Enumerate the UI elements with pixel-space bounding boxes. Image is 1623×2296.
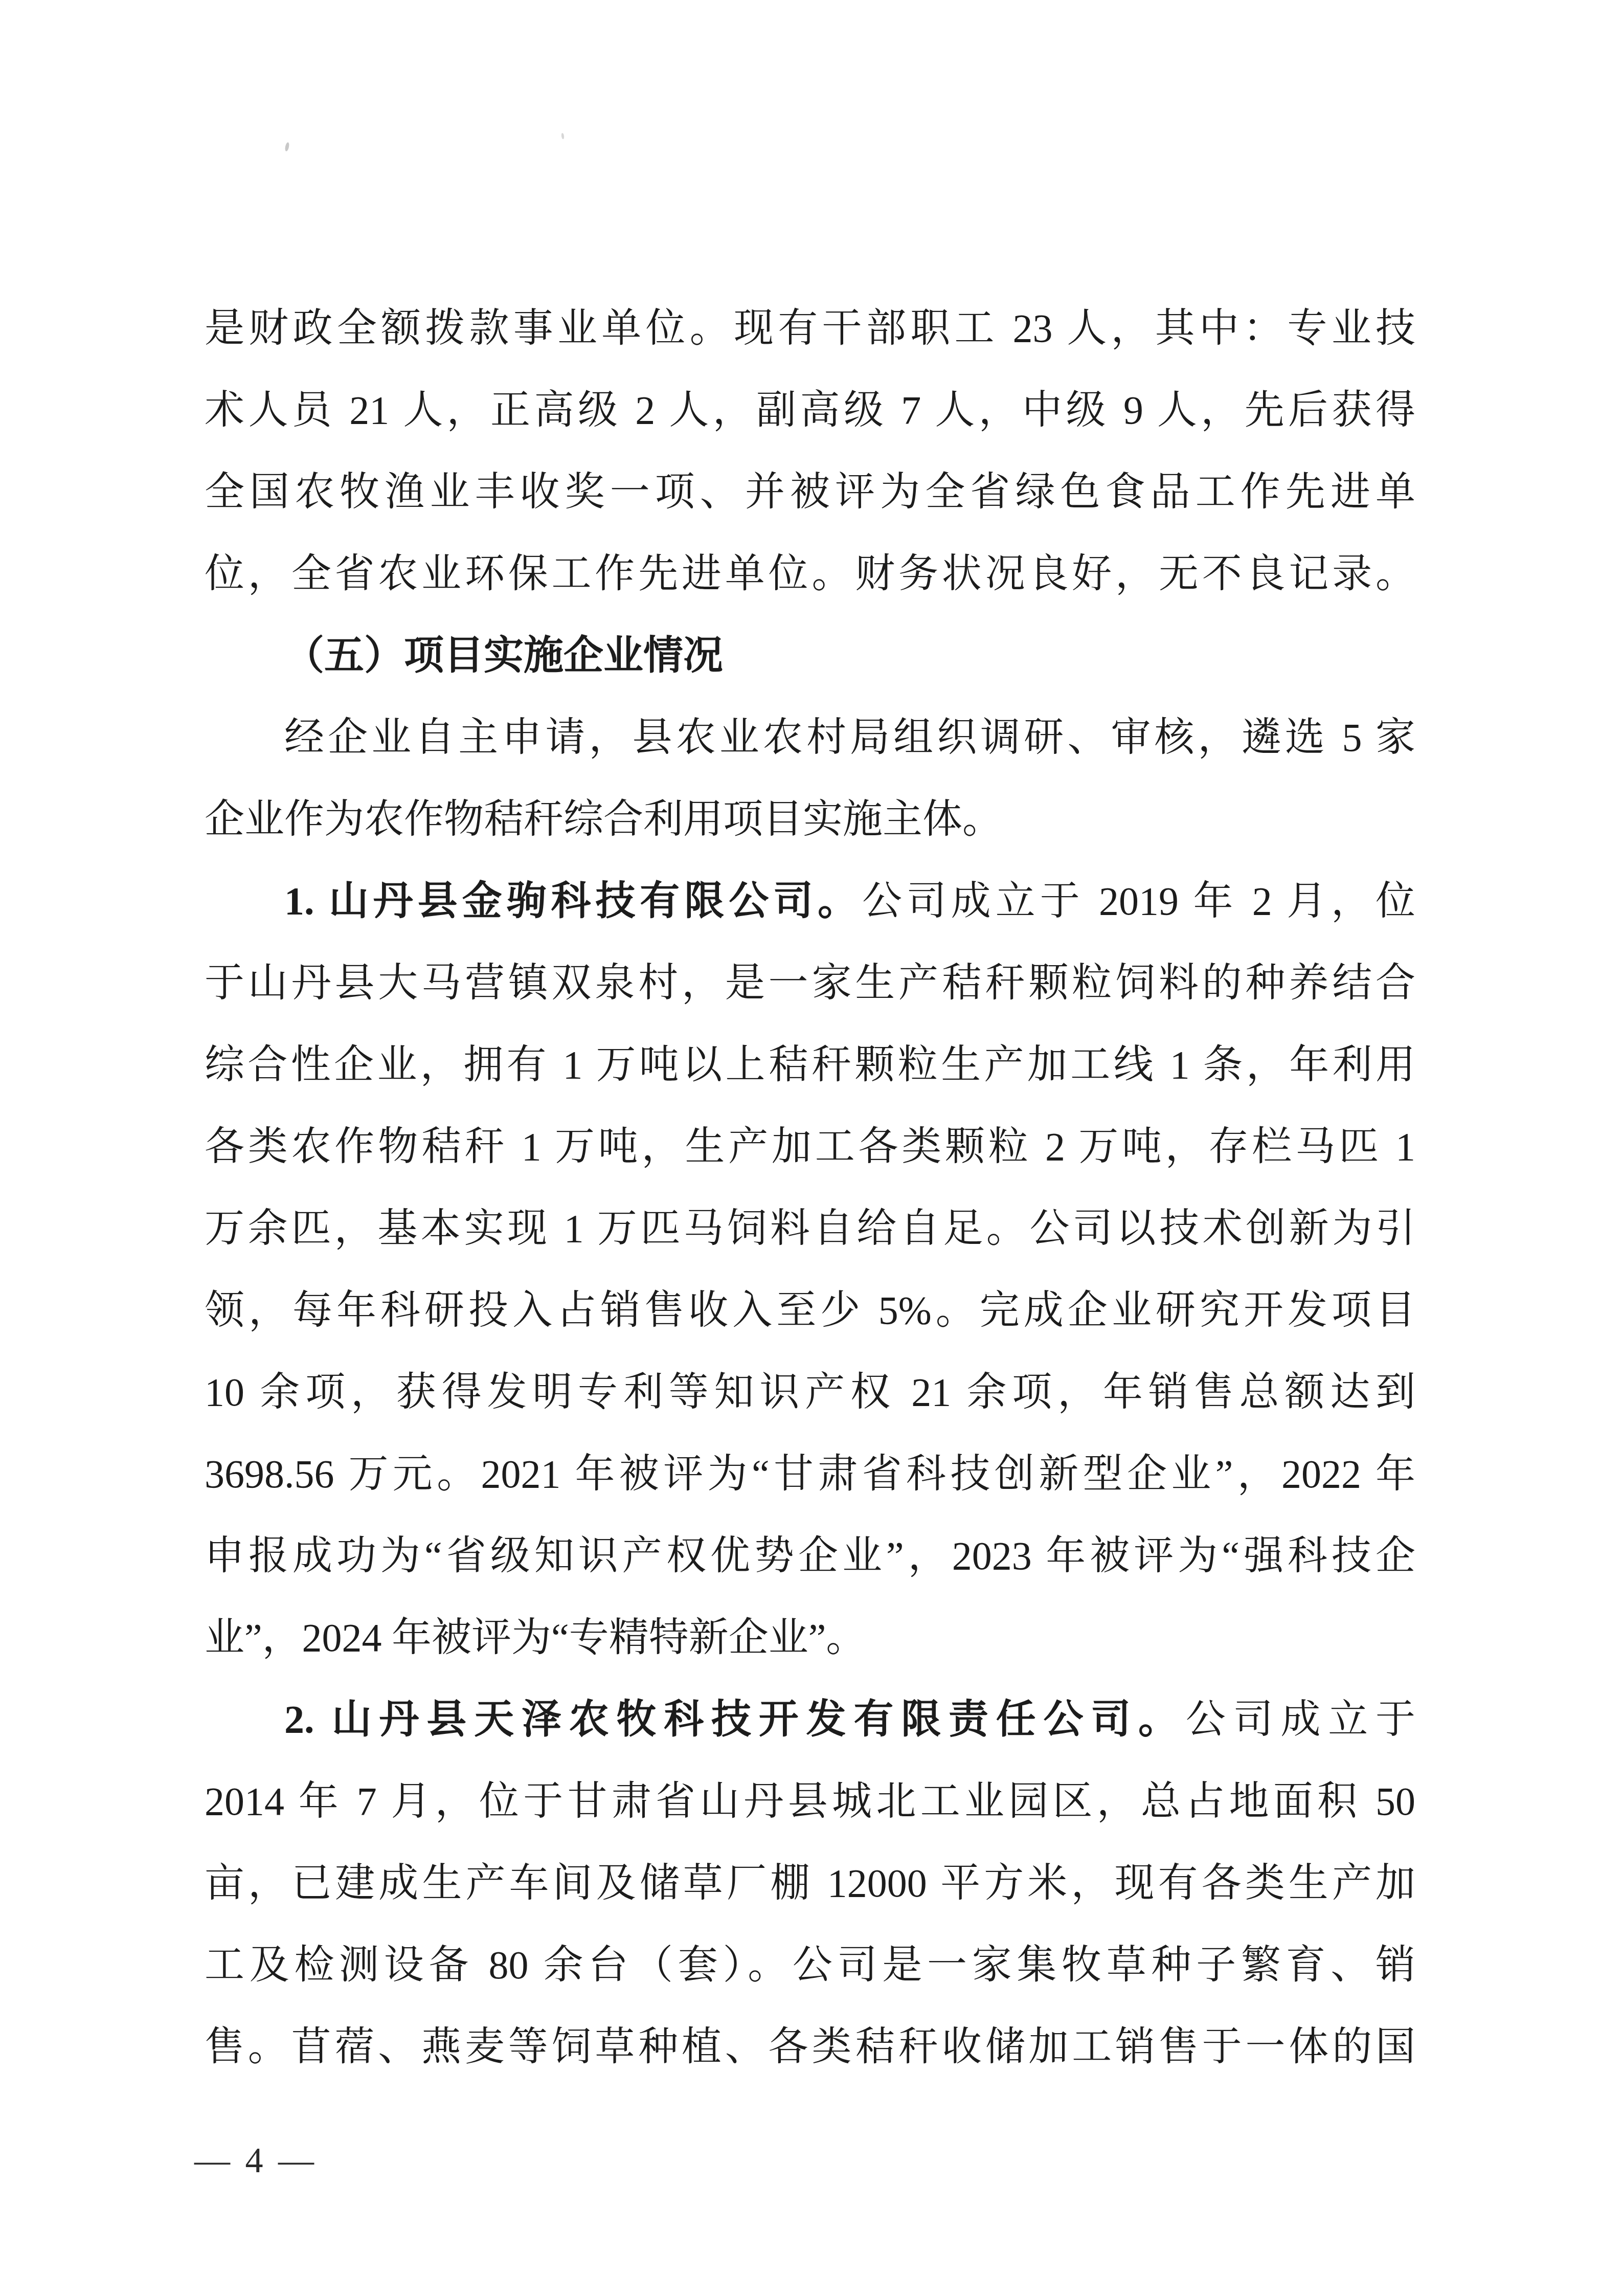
section-heading: （五）项目实施企业情况 — [205, 615, 1415, 697]
text-line: 申报成功为“省级知识产权优势企业”，2023 年被评为“强科技企 — [205, 1515, 1415, 1597]
scan-artifact — [284, 142, 290, 151]
text-line: 万余匹，基本实现 1 万匹马饲料自给自足。公司以技术创新为引 — [205, 1188, 1415, 1269]
text-line: 术人员 21 人，正高级 2 人，副高级 7 人，中级 9 人，先后获得 — [205, 369, 1415, 451]
line-text: 公司成立于 2019 年 2 月，位 — [862, 879, 1415, 923]
document-page: 是财政全额拨款事业单位。现有干部职工 23 人，其中：专业技 术人员 21 人，… — [0, 0, 1623, 2296]
company-name-bold: 2. 山丹县天泽农牧科技开发有限责任公司。 — [284, 1697, 1186, 1742]
text-line: 于山丹县大马营镇双泉村，是一家生产秸秆颗粒饲料的种养结合 — [205, 942, 1415, 1024]
text-line: 2014 年 7 月，位于甘肃省山丹县城北工业园区，总占地面积 50 — [205, 1760, 1415, 1842]
text-line: 经企业自主申请，县农业农村局组织调研、审核，遴选 5 家 — [205, 697, 1415, 778]
line-text: 公司成立于 — [1186, 1697, 1415, 1742]
text-line: 是财政全额拨款事业单位。现有干部职工 23 人，其中：专业技 — [205, 287, 1415, 369]
document-body: 是财政全额拨款事业单位。现有干部职工 23 人，其中：专业技 术人员 21 人，… — [205, 287, 1415, 2088]
text-line: 企业作为农作物秸秆综合利用项目实施主体。 — [205, 778, 1415, 860]
text-line: 各类农作物秸秆 1 万吨，生产加工各类颗粒 2 万吨，存栏马匹 1 — [205, 1106, 1415, 1188]
text-line: 10 余项，获得发明专利等知识产权 21 余项，年销售总额达到 — [205, 1351, 1415, 1433]
text-line: 工及检测设备 80 余台（套）。公司是一家集牧草种子繁育、销 — [205, 1924, 1415, 2006]
text-line: 3698.56 万元。2021 年被评为“甘肃省科技创新型企业”，2022 年 — [205, 1433, 1415, 1515]
company-name-bold: 1. 山丹县金驹科技有限公司。 — [284, 879, 862, 923]
text-line: 业”，2024 年被评为“专精特新企业”。 — [205, 1597, 1415, 1679]
text-line: 位，全省农业环保工作先进单位。财务状况良好，无不良记录。 — [205, 533, 1415, 615]
page-number: — 4 — — [194, 2138, 317, 2184]
text-line: 领，每年科研投入占销售收入至少 5%。完成企业研究开发项目 — [205, 1269, 1415, 1351]
text-line: 售。苜蓿、燕麦等饲草种植、各类秸秆收储加工销售于一体的国 — [205, 2006, 1415, 2088]
text-line: 亩，已建成生产车间及储草厂棚 12000 平方米，现有各类生产加 — [205, 1842, 1415, 1924]
text-line: 2. 山丹县天泽农牧科技开发有限责任公司。公司成立于 — [205, 1679, 1415, 1760]
scan-artifact — [561, 133, 565, 140]
text-line: 综合性企业，拥有 1 万吨以上秸秆颗粒生产加工线 1 条，年利用 — [205, 1024, 1415, 1106]
text-line: 1. 山丹县金驹科技有限公司。公司成立于 2019 年 2 月，位 — [205, 860, 1415, 942]
text-line: 全国农牧渔业丰收奖一项、并被评为全省绿色食品工作先进单 — [205, 451, 1415, 533]
